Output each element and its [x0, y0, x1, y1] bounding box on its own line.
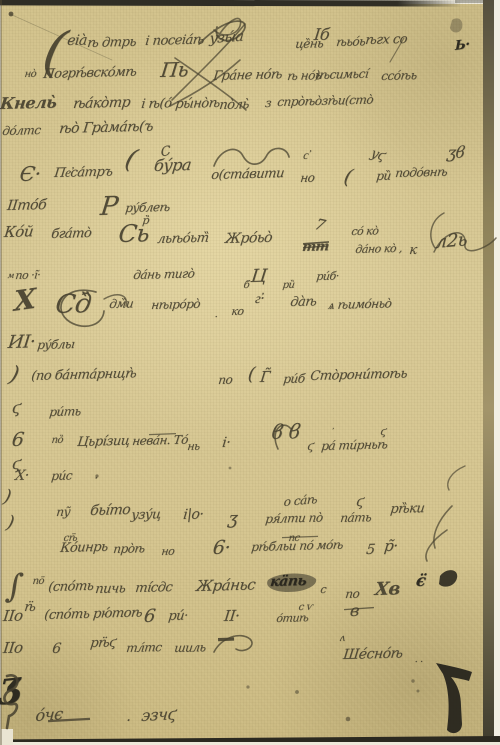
- handwriting-token-line-7: бга́то̀: [51, 227, 93, 241]
- handwriting-token-line-16: Ко́инрь: [60, 541, 109, 555]
- manuscript-photo: (еіа̀ѣ дтрьі посеіа́ѣузы́аце̏ньІбѣьо́ьѣг…: [0, 0, 500, 745]
- handwriting-token-line-13: і·: [221, 436, 231, 450]
- handwriting-token-line-19: ІІо: [2, 640, 23, 656]
- handwriting-token-line-2: Погрѣ́вско́мѣ: [43, 66, 138, 81]
- handwriting-token-archival-number-row: о́чє: [35, 706, 63, 724]
- handwriting-token-line-17: (спо́ть: [48, 580, 95, 594]
- handwriting-token-line-5: бу́ра: [153, 157, 192, 174]
- handwriting-token-line-11: (по ба́нта́рнщѣ̀: [31, 367, 137, 383]
- handwriting-token-line-18: (спо́ть рю́тоѣ: [44, 606, 143, 622]
- handwriting-token-line-18: ІІ·: [223, 609, 240, 624]
- handwriting-token-line-2: ссо́ѣь: [381, 69, 418, 82]
- handwriting-token-line-17: є̈: [415, 573, 426, 589]
- handwriting-token-archival-number-row: эзчϛ: [141, 706, 177, 724]
- handwriting-token-line-5: Пе҆са́тръ: [54, 165, 114, 180]
- handwriting-token-line-17: с: [320, 584, 327, 595]
- handwriting-token-line-6: Р: [99, 194, 119, 220]
- handwriting-token-line-6: ру́блеѣ: [125, 201, 171, 214]
- handwriting-token-line-2: но̀: [24, 70, 37, 80]
- handwriting-token-line-5: (: [342, 166, 354, 187]
- handwriting-token-line-11: по: [218, 374, 233, 386]
- handwriting-token-line-10: ИІ·: [7, 333, 36, 352]
- handwriting-token-line-1: узы́а: [209, 30, 244, 46]
- handwriting-token-line-4: до́лтс: [2, 124, 42, 137]
- handwriting-token-line-3: по̀ль̀: [219, 98, 250, 112]
- handwriting-token-line-19: · ·: [414, 658, 423, 668]
- handwriting-token-line-5: (: [122, 146, 139, 173]
- handwriting-token-line-8: по ·і̃·: [15, 269, 41, 281]
- handwriting-token-line-2: Гра́не но́ѣ: [213, 68, 283, 83]
- handwriting-token-line-9: Сд̏: [54, 291, 92, 318]
- handwriting-token-line-9: да̀ѣ: [290, 295, 318, 309]
- handwriting-token-line-1: Іб: [313, 27, 330, 43]
- handwriting-token-line-18: 6: [143, 608, 156, 626]
- handwriting-token-line-19: Ше́сно́ѣ: [342, 646, 403, 662]
- handwriting-token-line-15: пу̃: [56, 506, 71, 518]
- handwriting-token-line-18: о́тиѣ: [276, 612, 309, 624]
- handwriting-token-line-7: к: [409, 244, 418, 257]
- handwriting-token-line-17: ∫: [4, 570, 24, 602]
- handwriting-token-line-7: Ко́й: [3, 224, 34, 240]
- handwriting-token-line-3: ɜ: [265, 97, 272, 109]
- handwriting-token-line-15: па́ть: [340, 511, 372, 524]
- handwriting-token-line-1: і посеіа́ѣ: [145, 33, 205, 48]
- handwriting-token-line-17: Жра́ньс: [195, 577, 256, 594]
- handwriting-token-line-3: Кнель̀: [0, 95, 57, 112]
- handwriting-token-line-18: с ѵ: [298, 603, 313, 613]
- handwriting-token-line-15: узу́ц: [131, 508, 162, 522]
- handwriting-token-line-16: 6·: [212, 539, 231, 558]
- handwriting-token-line-18: в: [349, 603, 360, 619]
- handwriting-token-line-9: ко: [231, 306, 245, 317]
- handwriting-token-line-16: рѣ́бльи по́ мо́ѣ: [251, 539, 344, 553]
- handwriting-token-line-9: дм̏и: [109, 297, 134, 310]
- handwriting-token-line-13: ра́ ти́рньѣ: [321, 438, 389, 452]
- handwriting-token-line-19: рѣ̈ϛ: [90, 636, 117, 650]
- handwriting-token-line-1: ѣ дтрь: [87, 36, 137, 50]
- handwriting-token-line-15: ): [2, 488, 13, 507]
- handwriting-token-line-7: Жро́ьо̀: [224, 231, 272, 246]
- handwriting-token-line-8: да́нь тиго̀: [133, 267, 195, 281]
- handwriting-token-line-9: нѣıро́ро̀: [151, 298, 201, 311]
- handwriting-token-line-16: про̀ѣ: [113, 542, 146, 555]
- handwriting-token-line-19: 6: [51, 642, 61, 656]
- handwriting-token-line-15: рѣ̏ки: [390, 502, 426, 516]
- handwriting-token-line-7: р̏: [142, 215, 150, 226]
- handwriting-token-line-12: ри́ть: [49, 405, 82, 418]
- handwriting-token-line-9: г҆·: [254, 292, 265, 306]
- handwriting-token-line-19: ʌ: [339, 634, 345, 644]
- handwriting-token-line-9: Х: [14, 285, 35, 316]
- handwriting-token-line-11: ): [7, 364, 21, 387]
- handwriting-token-line-19: шиль: [174, 641, 207, 654]
- handwriting-token-line-13: 6: [11, 431, 25, 450]
- handwriting-token-line-11: ри́б: [283, 372, 306, 385]
- handwriting-token-line-3: і ѣ(о́: [141, 97, 173, 111]
- handwriting-token-line-8: ри́б·: [316, 270, 340, 282]
- handwriting-token-line-8: Ц: [250, 268, 267, 286]
- handwriting-token-line-3: ѣа́ко̀тр: [72, 96, 131, 111]
- handwriting-token-line-15: ): [5, 514, 16, 533]
- handwriting-token-line-13: ϛ: [307, 440, 315, 452]
- handwriting-token-line-7: 7: [313, 217, 327, 234]
- handwriting-token-line-5: о(ста́вити: [211, 167, 285, 182]
- handwriting-token-line-1: еіа̀: [66, 33, 87, 48]
- handwriting-token-line-16: р̃·: [383, 539, 398, 554]
- handwriting-token-line-17: пичь: [95, 582, 127, 596]
- handwriting-token-line-11: (: [247, 366, 256, 384]
- handwriting-token-line-11: Г̃: [259, 370, 270, 385]
- handwriting-token-line-15: о са́ѣ: [283, 493, 317, 508]
- handwriting-token-line-9: ·: [214, 313, 218, 323]
- handwriting-token-line-15: і|о·: [182, 507, 204, 522]
- handwriting-token-line-15: ря́лти по̀: [265, 512, 324, 525]
- handwriting-token-left-edge-blot-glyph: ʒ: [0, 666, 20, 704]
- handwriting-token-line-7: со́ ко̀: [351, 225, 379, 237]
- handwriting-token-line-14: Х·: [14, 469, 29, 483]
- handwriting-token-line-5: Є·: [19, 163, 42, 184]
- handwriting-token-line-11: Сто̀рони́тоѣь: [310, 367, 408, 383]
- handwriting-token-line-1: ѣгх со: [365, 33, 408, 47]
- handwriting-token-line-18: ІІо: [2, 608, 23, 624]
- handwriting-token-line-7: тт: [302, 240, 330, 254]
- handwriting-token-line-5: но: [300, 172, 316, 184]
- handwriting-token-line-7: льѣо́ьт̏: [157, 232, 210, 246]
- handwriting-token-line-12: ϛ: [11, 400, 21, 416]
- handwriting-token-line-13: ϛ: [380, 426, 387, 437]
- handwriting-token-line-17: пӧ: [32, 577, 45, 587]
- handwriting-token-line-17: Хв: [374, 580, 401, 599]
- handwriting-token-line-2: )ѣсимьсі́: [315, 68, 369, 81]
- handwriting-token-line-17: кӓпь: [269, 574, 307, 589]
- handwriting-token-line-5: уϛ: [369, 147, 387, 163]
- handwriting-token-corner-mark: Ь·: [455, 38, 469, 53]
- handwriting-token-line-13: ϐ ϐ: [271, 421, 302, 442]
- handwriting-token-line-19: тл́тс: [126, 641, 163, 654]
- handwriting-token-line-9: ри̏: [282, 281, 295, 291]
- handwriting-token-line-17: по: [345, 588, 360, 600]
- handwriting-token-line-15: ʒ: [227, 511, 238, 528]
- handwriting-token-line-18: ѣ̈: [24, 601, 37, 614]
- handwriting-token-line-15: ϛ: [355, 495, 364, 509]
- handwriting-token-line-1: ѣьо́ь: [336, 35, 366, 48]
- handwriting-layer: (еіа̀ѣ дтрьі посеіа́ѣузы́аце̏ньІбѣьо́ьѣг…: [0, 0, 500, 745]
- handwriting-token-line-7: да́но ко̀ ,: [355, 243, 403, 255]
- handwriting-token-line-5: подо́внѣ: [395, 166, 448, 179]
- handwriting-token-line-15: бьı́то: [89, 503, 131, 518]
- handwriting-token-line-6: ІІто́б: [6, 198, 47, 213]
- handwriting-token-line-4: ѣо̀ Гра̀ма́ѣ(ъ: [58, 120, 153, 136]
- handwriting-token-line-13: по̏: [51, 436, 64, 446]
- handwriting-token-line-8: м: [7, 272, 14, 280]
- handwriting-token-line-5: с҆: [303, 149, 309, 161]
- handwriting-token-line-16: но: [161, 546, 175, 557]
- handwriting-token-line-16: 5: [365, 543, 375, 557]
- handwriting-token-line-13: нь: [187, 441, 201, 452]
- handwriting-token-line-5: ʒϐ: [446, 145, 465, 161]
- handwriting-token-line-13: Цьрı́зиц: [77, 435, 131, 449]
- handwriting-token-line-18: ри́·: [168, 609, 189, 623]
- handwriting-token-line-17: ті́сдс: [135, 581, 173, 595]
- handwriting-token-line-3: ры́но̀ѣ: [175, 97, 221, 111]
- handwriting-token-line-13: ҆: [331, 428, 332, 438]
- handwriting-token-line-14: ри́с: [51, 469, 73, 482]
- handwriting-token-line-3: спро̀ѣо̀зѣ̀и(сто̀: [277, 93, 374, 107]
- handwriting-token-line-13: нева́н. То́: [132, 434, 189, 447]
- handwriting-token-line-2: Пь: [160, 59, 190, 80]
- handwriting-token-line-9: ѧ ѣимо́ньо̀: [328, 297, 393, 311]
- handwriting-token-line-10: ру́бльı: [37, 338, 75, 351]
- handwriting-token-line-14: ·: [94, 472, 99, 484]
- handwriting-token-line-7: л2ь: [435, 231, 467, 252]
- handwriting-token-line-5: ри̏: [376, 170, 392, 182]
- handwriting-token-archival-number-row: ·: [125, 714, 131, 728]
- handwriting-token-line-9: б̈: [243, 281, 250, 291]
